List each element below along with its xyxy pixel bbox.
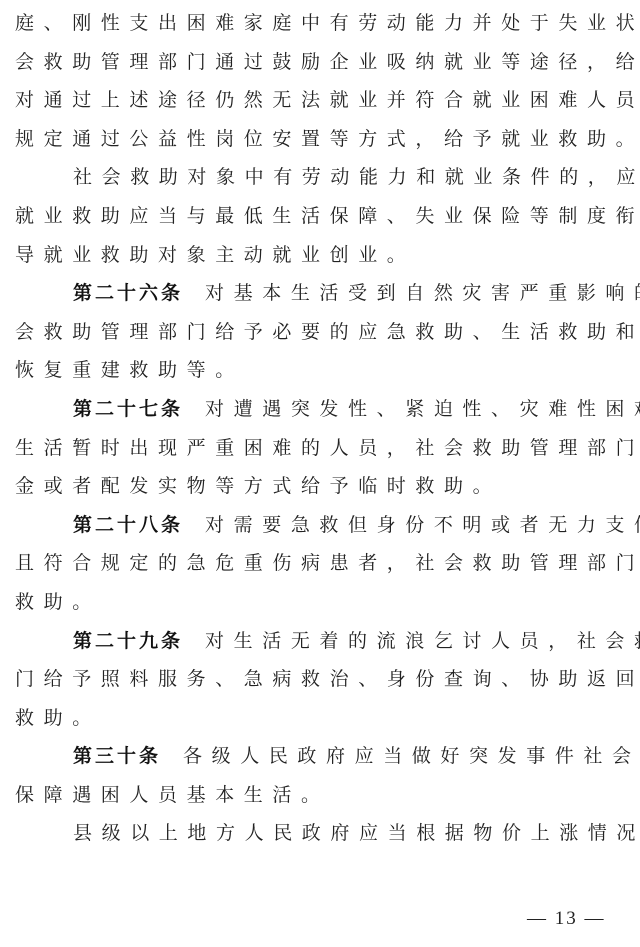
- text-line: 生活暂时出现严重困难的人员，社会救助管理部门采取发放救助: [15, 429, 627, 468]
- article-text: 对遭遇突发性、紧迫性、灾难性困难导致基本: [205, 398, 640, 420]
- text-line: 且符合规定的急危重伤病患者，社会救助管理部门给予疾病应急: [15, 544, 627, 583]
- article-29-first-line: 第二十九条对生活无着的流浪乞讨人员，社会救助管理部: [15, 622, 627, 661]
- page-number: — 13 —: [527, 908, 606, 930]
- text-line: 庭、刚性支出困难家庭中有劳动能力并处于失业状态的成员，社: [15, 4, 627, 43]
- article-number: 第三十条: [73, 745, 161, 767]
- article-number: 第二十七条: [73, 398, 183, 420]
- paragraph-first-line: 县级以上地方人民政府应当根据物价上涨情况，及时发放价: [15, 814, 627, 853]
- text-line: 救助。: [15, 699, 627, 738]
- text-line: 门给予照料服务、急病救治、身份查询、协助返回、寻亲安置等: [15, 660, 627, 699]
- article-text: 对需要急救但身份不明或者无力支付急救费用: [205, 514, 640, 536]
- article-text: 对基本生活受到自然灾害严重影响的人员，社: [205, 282, 640, 304]
- text-line: 对通过上述途径仍然无法就业并符合就业困难人员条件的，按照: [15, 81, 627, 120]
- text-line: 会救助管理部门给予必要的应急救助、生活救助和因灾倒损住房: [15, 313, 627, 352]
- article-28-first-line: 第二十八条对需要急救但身份不明或者无力支付急救费用: [15, 506, 627, 545]
- article-30-first-line: 第三十条各级人民政府应当做好突发事件社会救助工作，: [15, 737, 627, 776]
- text-line: 会救助管理部门通过鼓励企业吸纳就业等途径，给予就业救助。: [15, 43, 627, 82]
- text-line: 救助。: [15, 583, 627, 622]
- document-page: 庭、刚性支出困难家庭中有劳动能力并处于失业状态的成员，社 会救助管理部门通过鼓励…: [15, 4, 627, 853]
- text-line: 恢复重建救助等。: [15, 351, 627, 390]
- article-number: 第二十六条: [73, 282, 183, 304]
- article-text: 各级人民政府应当做好突发事件社会救助工作，: [183, 745, 640, 767]
- article-number: 第二十九条: [73, 630, 183, 652]
- text-line: 导就业救助对象主动就业创业。: [15, 236, 627, 275]
- article-26-first-line: 第二十六条对基本生活受到自然灾害严重影响的人员，社: [15, 274, 627, 313]
- text-line: 规定通过公益性岗位安置等方式，给予就业救助。: [15, 120, 627, 159]
- article-27-first-line: 第二十七条对遭遇突发性、紧迫性、灾难性困难导致基本: [15, 390, 627, 429]
- text-line: 金或者配发实物等方式给予临时救助。: [15, 467, 627, 506]
- text-line: 就业救助应当与最低生活保障、失业保险等制度衔接，鼓励和引: [15, 197, 627, 236]
- text-line: 保障遇困人员基本生活。: [15, 776, 627, 815]
- paragraph-first-line: 社会救助对象中有劳动能力和就业条件的，应当积极就业。: [15, 158, 627, 197]
- article-text: 对生活无着的流浪乞讨人员，社会救助管理部: [205, 630, 640, 652]
- article-number: 第二十八条: [73, 514, 183, 536]
